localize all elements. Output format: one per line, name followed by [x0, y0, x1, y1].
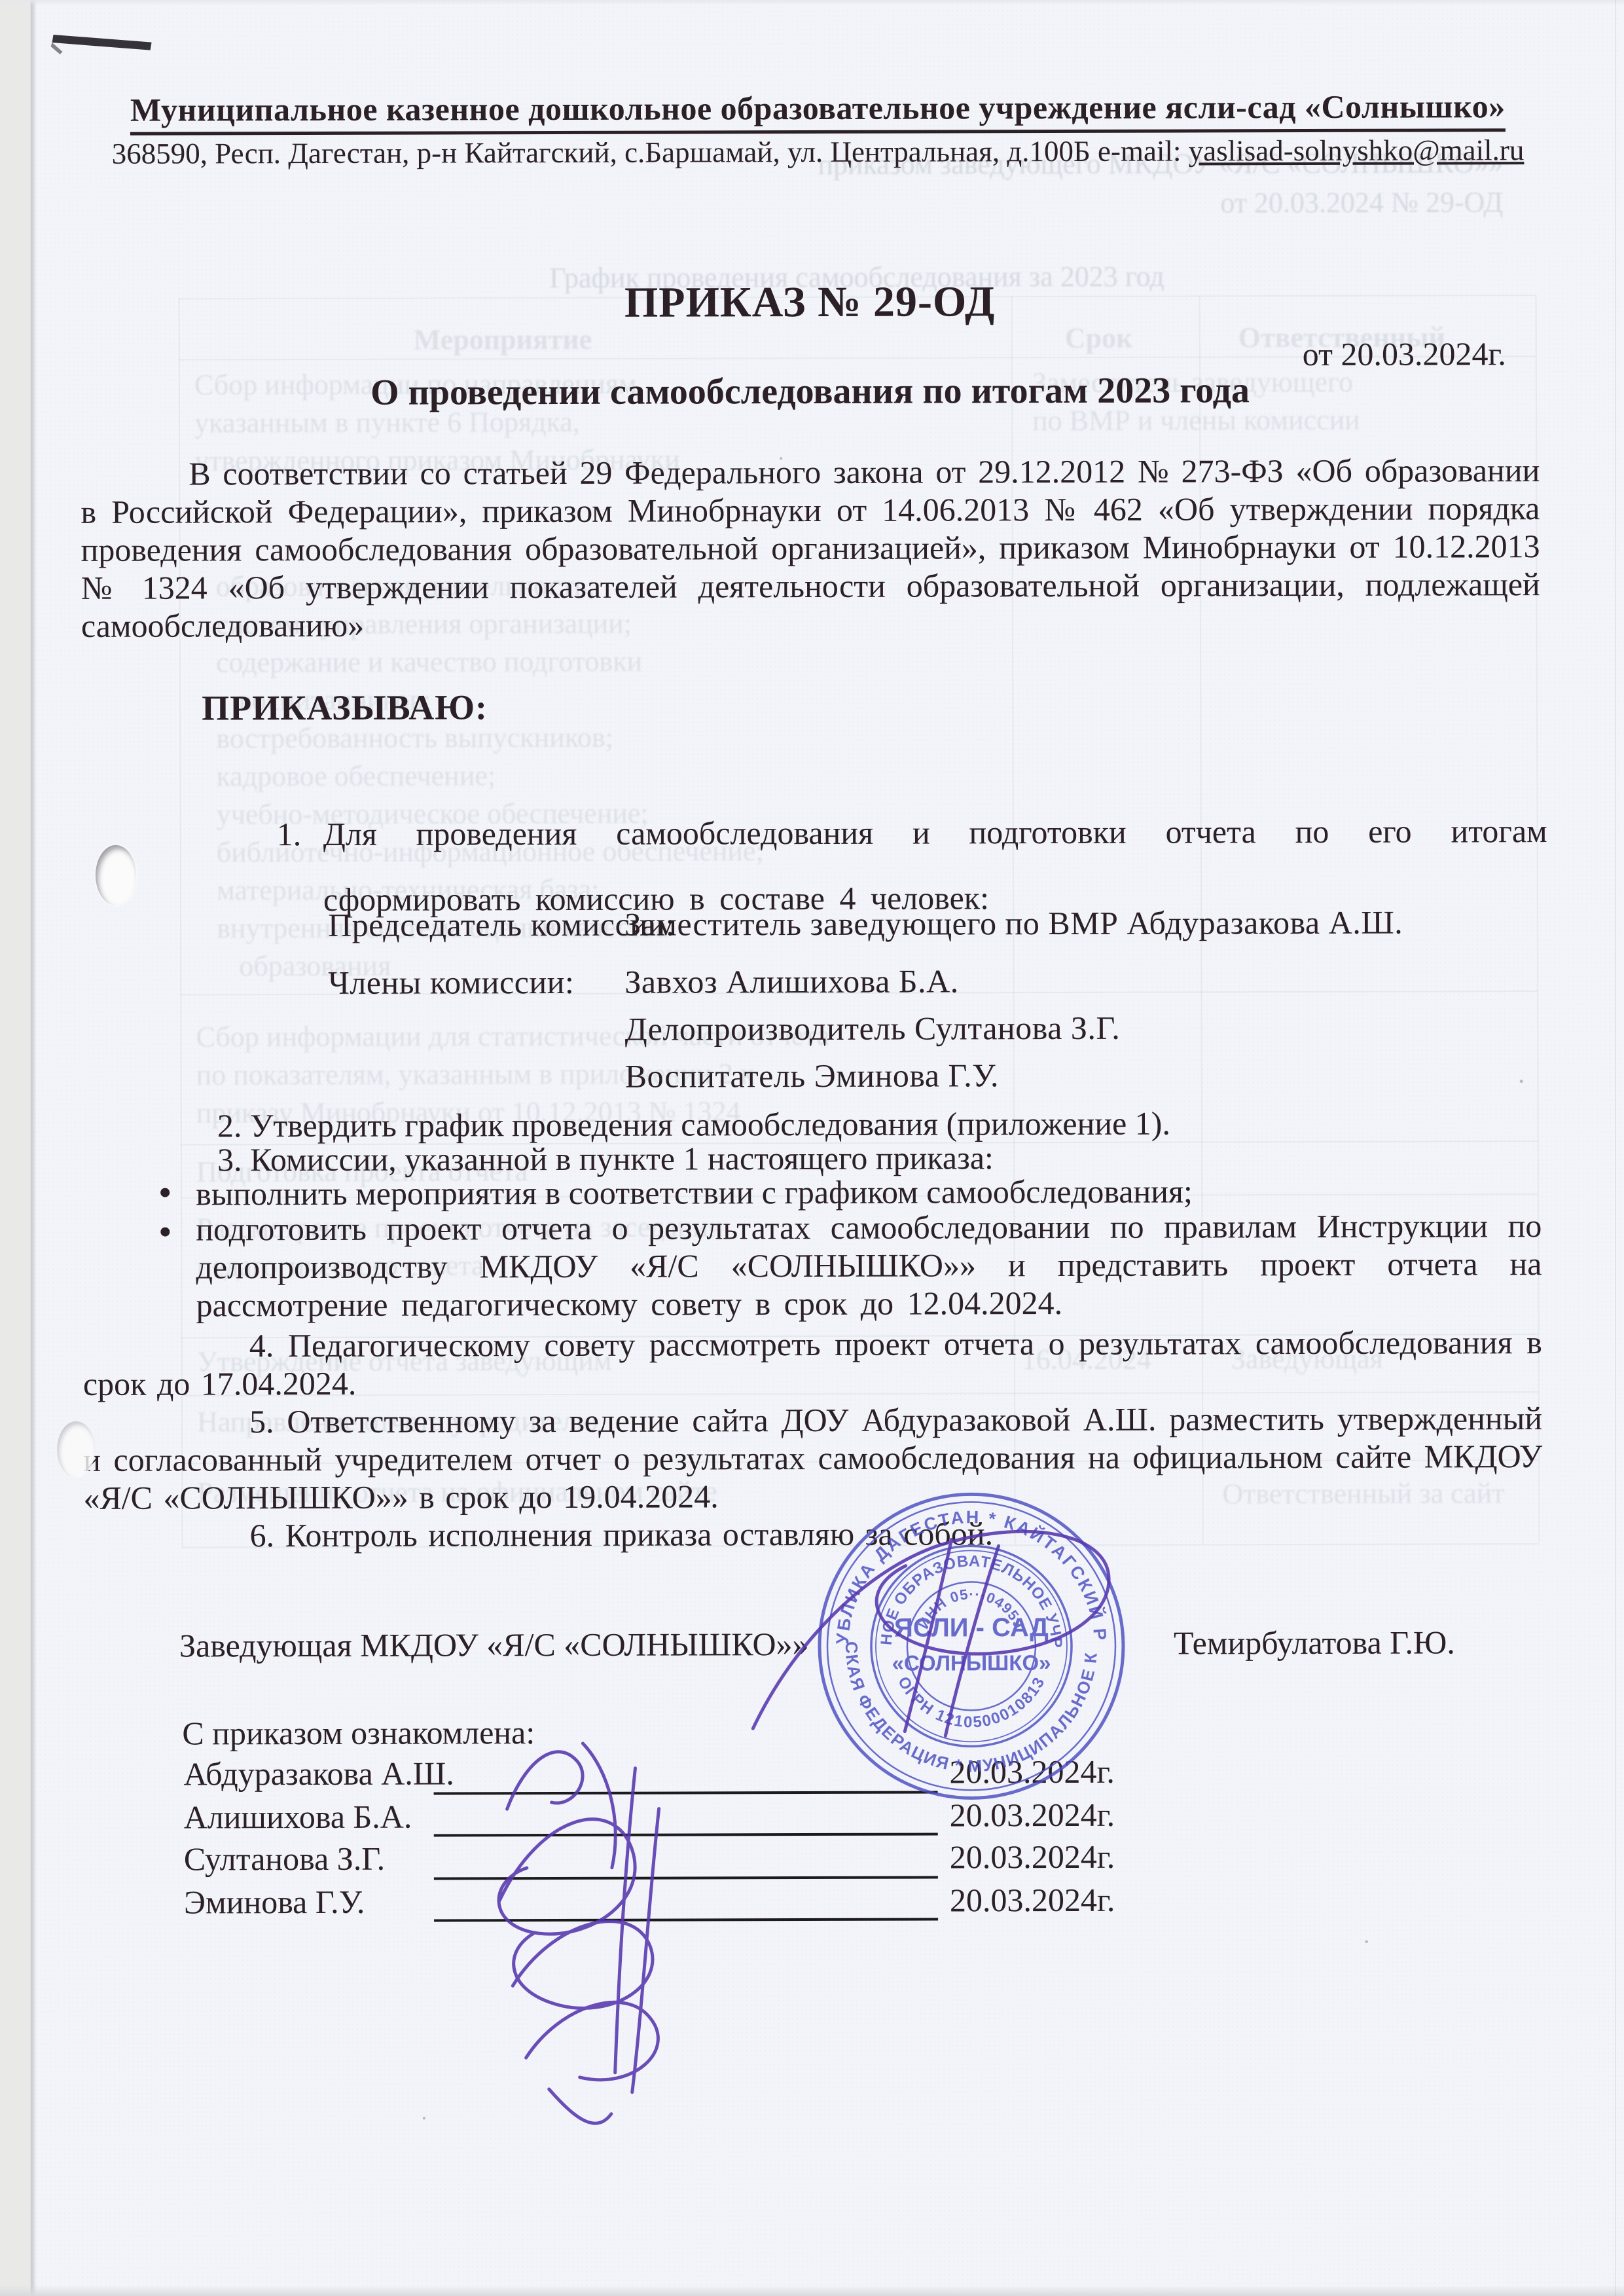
svg-text:ИНН 05···04959: ИНН 05···04959 [915, 1586, 1028, 1631]
scanned-document-page: приказом заведующего МКДОУ «Я/С «СОЛНЫШК… [0, 0, 1624, 2296]
hole-punch [57, 1421, 95, 1478]
ghost-approval-line: от 20.03.2024 № 29-ОД [652, 185, 1503, 221]
ack-signature [526, 2002, 658, 2123]
scan-edge-top [0, 0, 1624, 5]
org-name: Муниципальное казенное дошкольное образо… [130, 88, 1506, 135]
org-address: 368590, Респ. Дагестан, р-н Кайтагский, … [112, 135, 1182, 170]
dust-speck [1520, 1080, 1523, 1083]
ghost-bullet: кадровое обеспечение; [216, 759, 496, 793]
hole-punch [96, 845, 136, 905]
seal-inn-text: ИНН 05···04959 [915, 1586, 1028, 1631]
commission-members-label: Члены комиссии: [328, 963, 574, 1002]
director-signature [905, 1539, 1000, 1736]
ack-date: 20.03.2024г. [949, 1753, 1115, 1791]
seal-center-line2: «СОЛНЫШКО» [892, 1650, 1051, 1675]
ack-name: Абдуразакова А.Ш. [183, 1754, 454, 1793]
bullet-dot [160, 1228, 170, 1237]
bullet-dot [160, 1188, 170, 1197]
commission-chair-value: Заместитель заведующего по ВМР Абдуразак… [624, 903, 1403, 943]
signature-line [434, 1791, 938, 1795]
commission-chair-label: Председатель комиссии: [328, 905, 675, 944]
ack-date: 20.03.2024г. [950, 1796, 1115, 1834]
ack-date: 20.03.2024г. [950, 1881, 1115, 1920]
ack-date: 20.03.2024г. [950, 1838, 1115, 1876]
bullet-2-text: подготовить проект отчета о результатах … [196, 1207, 1542, 1324]
director-name: Темирбулатова Г.Ю. [1174, 1623, 1455, 1662]
ack-name: Султанова З.Г. [184, 1840, 385, 1878]
scan-edge-left [0, 0, 37, 2296]
ack-name: Алишихова Б.А. [184, 1798, 412, 1836]
scan-edge-bottom [0, 2286, 1624, 2296]
item-2: 2. Утвердить график проведения самообсле… [217, 1104, 1170, 1145]
signature-line [434, 1833, 938, 1837]
ack-name: Эминова Г.У. [184, 1883, 365, 1922]
item-4: 4. Педагогическому совету рассмотреть пр… [83, 1323, 1542, 1403]
command-word: ПРИКАЗЫВАЮ: [202, 687, 488, 728]
commission-member: Воспитатель Эминова Г.У. [625, 1056, 999, 1095]
commission-member: Делопроизводитель Султанова З.Г. [624, 1009, 1120, 1048]
seal-center-line1: ЯСЛИ - САД [894, 1613, 1049, 1643]
commission-member: Завхоз Алишихова Б.А. [624, 962, 958, 1000]
scan-edge-right [1615, 0, 1616, 2296]
signature-line [434, 1876, 938, 1880]
org-header: Муниципальное казенное дошкольное образо… [80, 87, 1556, 129]
dust-speck [1365, 1941, 1368, 1943]
director-title: Заведующая МКДОУ «Я/С «СОЛНЫШКО»» [179, 1625, 809, 1665]
order-subject: О проведении самообследования по итогам … [81, 369, 1540, 414]
order-title: ПРИКАЗ № 29-ОД [81, 276, 1540, 329]
svg-text:ОГРН 1210500010813: ОГРН 1210500010813 [894, 1673, 1049, 1732]
order-date: от 20.03.2024г. [1303, 335, 1506, 373]
dust-speck [780, 457, 782, 460]
signature-line [434, 1918, 938, 1922]
order-preamble: В соответствии со статьей 29 Федеральног… [81, 451, 1540, 645]
ack-caption: С приказом ознакомлена: [182, 1713, 535, 1752]
item-1-number: 1. [277, 801, 302, 867]
item-5: 5. Ответственному за ведение сайта ДОУ А… [83, 1399, 1542, 1517]
org-email: yaslisad-solnyshko@mail.ru [1189, 134, 1525, 167]
org-address-line: 368590, Респ. Дагестан, р-н Кайтагский, … [80, 133, 1556, 171]
ghost-bullet: содержание и качество подготовки [216, 645, 642, 680]
seal-ogrn-text: ОГРН 1210500010813 [894, 1673, 1049, 1732]
staple-mark [51, 35, 152, 54]
ack-signature [513, 1921, 653, 2008]
ack-signature [614, 1768, 659, 2092]
item-6: 6. Контроль исполнения приказа оставляю … [83, 1513, 1542, 1555]
dust-speck [423, 2117, 425, 2120]
ack-signature [507, 1743, 615, 1868]
paper-sheet: приказом заведующего МКДОУ «Я/С «СОЛНЫШК… [0, 0, 1624, 2296]
bullet-1-text: выполнить мероприятия в соответствии с г… [196, 1172, 1193, 1212]
